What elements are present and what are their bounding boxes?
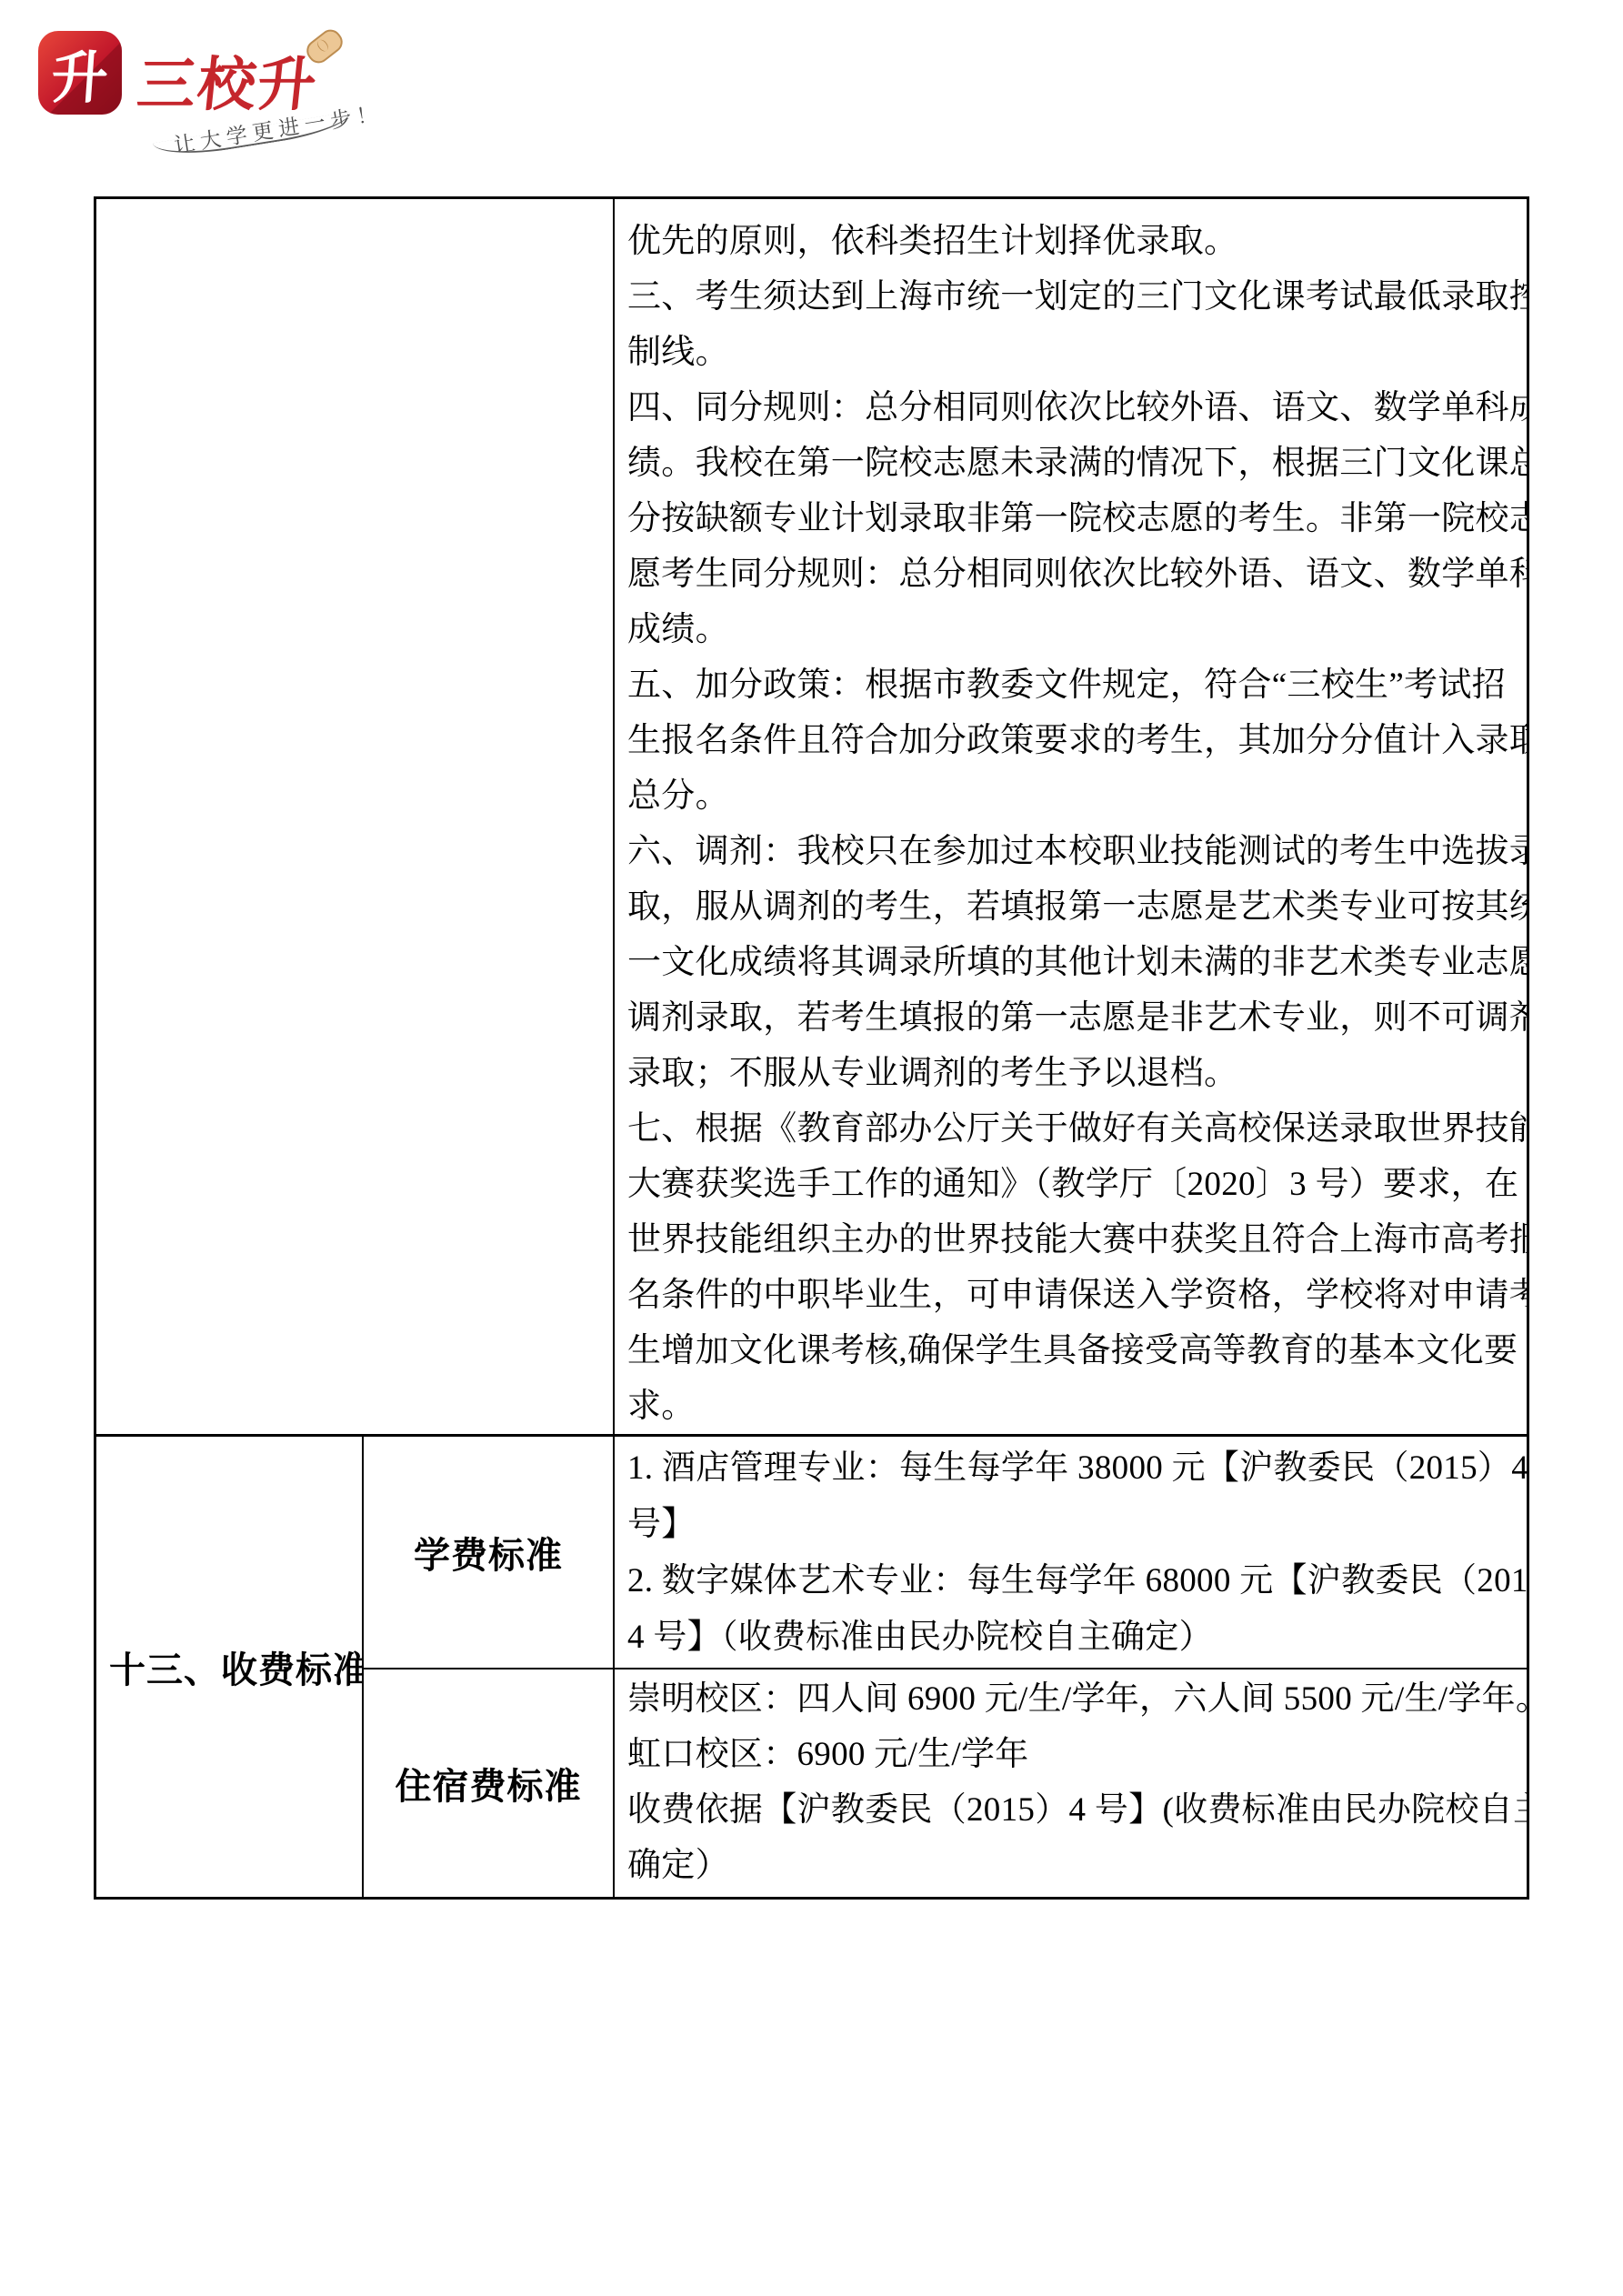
rules-line: 生报名条件且符合加分政策要求的考生，其加分分值计入录取	[627, 713, 1518, 768]
accommodation-label-cell: 住宿费标准	[364, 1669, 615, 1897]
rules-line: 七、根据《教育部办公厅关于做好有关高校保送录取世界技能	[627, 1101, 1518, 1157]
accommodation-line: 崇明校区：四人间 6900 元/生/学年，六人间 5500 元/生/学年。	[627, 1671, 1518, 1727]
rules-line: 愿考生同分规则：总分相同则依次比较外语、语文、数学单科	[627, 546, 1518, 602]
tuition-label: 学费标准	[414, 1527, 563, 1579]
accommodation-line: 确定）	[627, 1838, 1518, 1893]
rules-line: 优先的原则，依科类招生计划择优录取。	[627, 214, 1518, 269]
admission-rules-cell: 优先的原则，依科类招生计划择优录取。三、考生须达到上海市统一划定的三门文化课考试…	[615, 199, 1527, 1437]
accommodation-line: 收费依据【沪教委民（2015）4 号】(收费标准由民办院校自主	[627, 1782, 1518, 1838]
rules-line: 六、调剂：我校只在参加过本校职业技能测试的考生中选拔录	[627, 824, 1518, 879]
rules-line: 成绩。	[627, 602, 1518, 657]
fee-section-label: 十三、收费标准	[109, 1641, 364, 1693]
rules-line: 一文化成绩将其调录所填的其他计划未满的非艺术类专业志愿	[627, 935, 1518, 990]
logo-icon-char: 升	[49, 33, 111, 114]
accommodation-label: 住宿费标准	[396, 1758, 582, 1810]
admissions-table: 优先的原则，依科类招生计划择优录取。三、考生须达到上海市统一划定的三门文化课考试…	[94, 196, 1529, 1900]
logo-app-icon: 升	[38, 31, 122, 115]
tuition-line: 2. 数字媒体艺术专业：每生每学年 68000 元【沪教委民（2015）	[627, 1553, 1518, 1609]
rules-line: 三、考生须达到上海市统一划定的三门文化课考试最低录取控	[627, 269, 1518, 325]
rules-line: 分按缺额专业计划录取非第一院校志愿的考生。非第一院校志	[627, 491, 1518, 546]
rules-line: 世界技能组织主办的世界技能大赛中获奖且符合上海市高考报	[627, 1212, 1518, 1268]
rules-line: 绩。我校在第一院校志愿未录满的情况下，根据三门文化课总	[627, 436, 1518, 491]
empty-label-cell	[96, 199, 615, 1437]
fee-section-label-cell: 十三、收费标准	[96, 1437, 364, 1897]
rules-line: 录取；不服从专业调剂的考生予以退档。	[627, 1046, 1518, 1101]
logo: 升 三校升 让大学更进一步！	[36, 25, 346, 135]
rules-line: 生增加文化课考核,确保学生具备接受高等教育的基本文化要	[627, 1323, 1518, 1379]
tuition-content-cell: 1. 酒店管理专业：每生每学年 38000 元【沪教委民（2015）4号】2. …	[615, 1437, 1527, 1669]
tuition-line: 号】	[627, 1497, 1518, 1553]
accommodation-content-cell: 崇明校区：四人间 6900 元/生/学年，六人间 5500 元/生/学年。虹口校…	[615, 1669, 1527, 1897]
accommodation-line: 虹口校区：6900 元/生/学年	[627, 1727, 1518, 1782]
rules-line: 求。	[627, 1379, 1518, 1434]
rules-line: 取，服从调剂的考生，若填报第一志愿是艺术类专业可按其统	[627, 879, 1518, 935]
rules-line: 总分。	[627, 768, 1518, 824]
tuition-label-cell: 学费标准	[364, 1437, 615, 1669]
tuition-line: 4 号】（收费标准由民办院校自主确定）	[627, 1609, 1518, 1666]
rules-line: 大赛获奖选手工作的通知》（教学厅〔2020〕3 号）要求，在	[627, 1157, 1518, 1212]
rules-line: 制线。	[627, 325, 1518, 380]
rules-line: 名条件的中职毕业生，可申请保送入学资格，学校将对申请考	[627, 1268, 1518, 1323]
rules-line: 四、同分规则：总分相同则依次比较外语、语文、数学单科成	[627, 380, 1518, 436]
rules-line: 调剂录取，若考生填报的第一志愿是非艺术专业，则不可调剂	[627, 990, 1518, 1046]
tuition-line: 1. 酒店管理专业：每生每学年 38000 元【沪教委民（2015）4	[627, 1440, 1518, 1497]
rules-line: 五、加分政策：根据市教委文件规定，符合“三校生”考试招	[627, 657, 1518, 713]
